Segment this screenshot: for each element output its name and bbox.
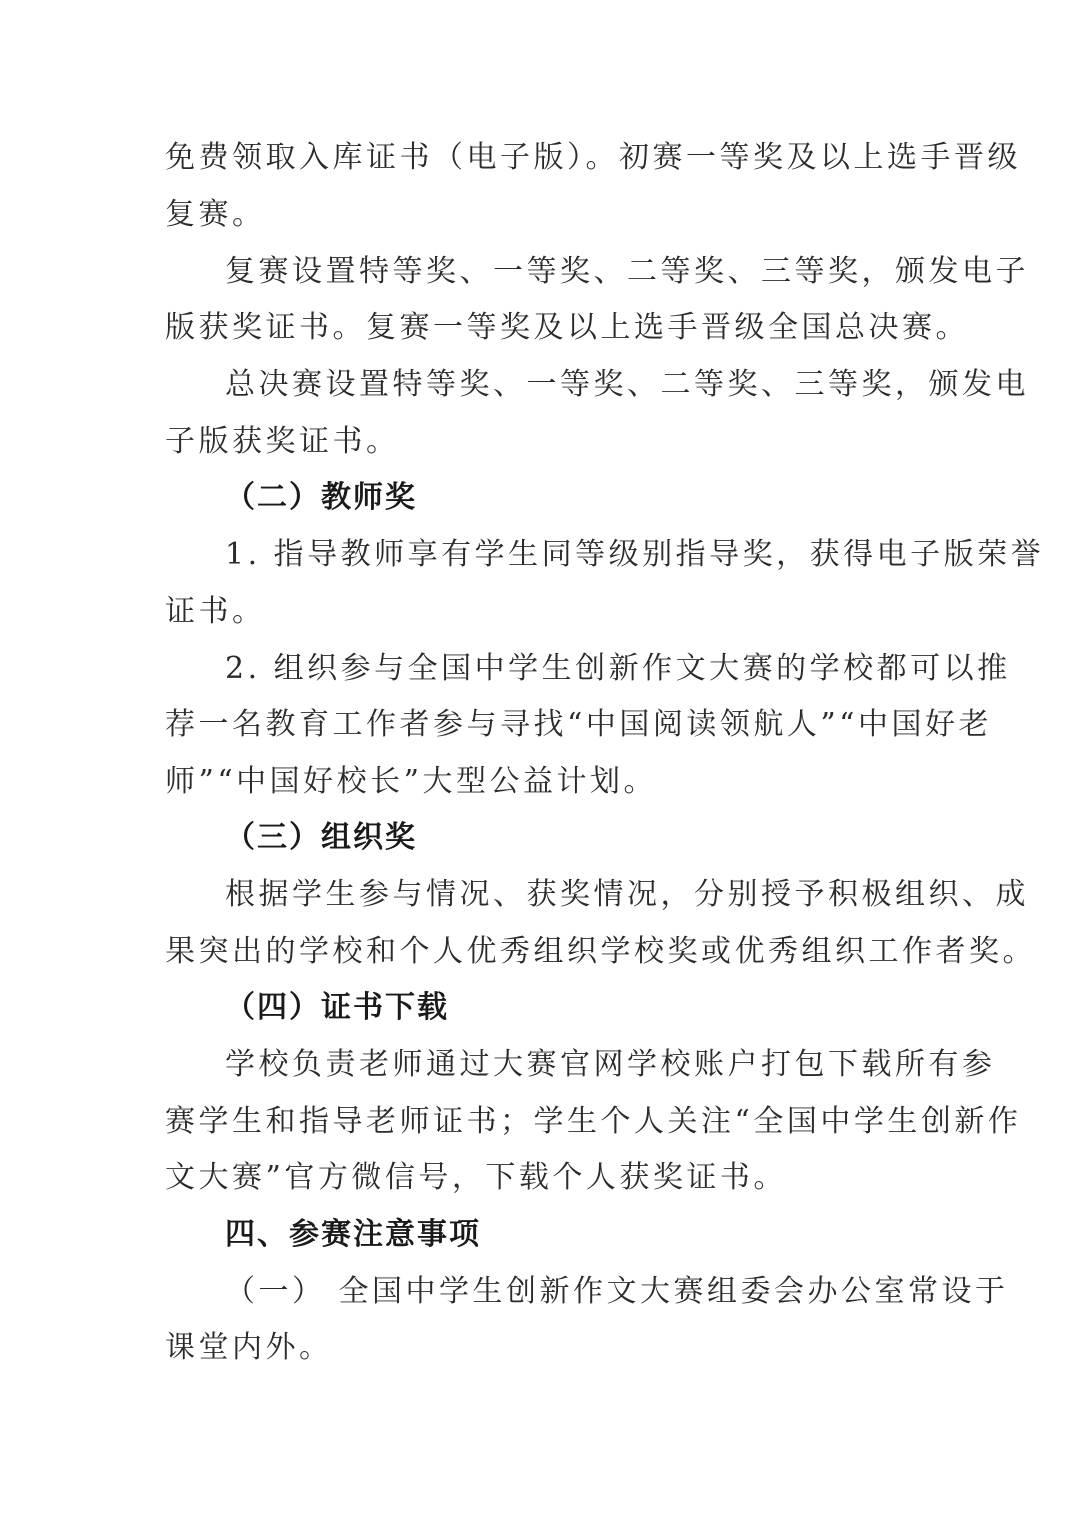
section-heading-organization-award: （三）组织奖 (225, 818, 417, 858)
paragraph-line: 学校负责老师通过大赛官网学校账户打包下载所有参 (225, 1045, 996, 1085)
paragraph-line: 版获奖证书。复赛一等奖及以上选手晋级全国总决赛。 (165, 308, 969, 348)
paragraph-line: 文大赛”官方微信号，下载个人获奖证书。 (165, 1158, 787, 1198)
section-heading-teacher-award: （二）教师奖 (225, 478, 417, 518)
paragraph-line: 荐一名教育工作者参与寻找“中国阅读领航人”“中国好老 (165, 705, 992, 745)
paragraph-line: 果突出的学校和个人优秀组织学校奖或优秀组织工作者奖。 (165, 932, 1036, 972)
paragraph-line: 根据学生参与情况、获奖情况，分别授予积极组织、成 (225, 875, 1029, 915)
paragraph-line: 赛学生和指导老师证书；学生个人关注“全国中学生创新作 (165, 1102, 1021, 1142)
paragraph-line: 2. 组织参与全国中学生创新作文大赛的学校都可以推 (225, 649, 1011, 689)
section-heading-certificate-download: （四）证书下载 (225, 988, 449, 1028)
paragraph-line: （一） 全国中学生创新作文大赛组委会办公室常设于 (225, 1272, 1009, 1312)
paragraph-line: 课堂内外。 (165, 1328, 333, 1368)
section-heading-notes: 四、参赛注意事项 (225, 1215, 481, 1255)
paragraph-line: 复赛设置特等奖、一等奖、二等奖、三等奖，颁发电子 (225, 252, 1029, 292)
paragraph-line: 1. 指导教师享有学生同等级别指导奖，获得电子版荣誉 (225, 535, 1044, 575)
paragraph-line: 证书。 (165, 592, 266, 632)
paragraph-line: 师”“中国好校长”大型公益计划。 (165, 762, 657, 802)
paragraph-line: 总决赛设置特等奖、一等奖、二等奖、三等奖，颁发电 (225, 365, 1029, 405)
paragraph-line: 子版获奖证书。 (165, 422, 400, 462)
paragraph-line: 免费领取入库证书（电子版）。初赛一等奖及以上选手晋级 (165, 138, 1021, 178)
paragraph-line: 复赛。 (165, 195, 266, 235)
